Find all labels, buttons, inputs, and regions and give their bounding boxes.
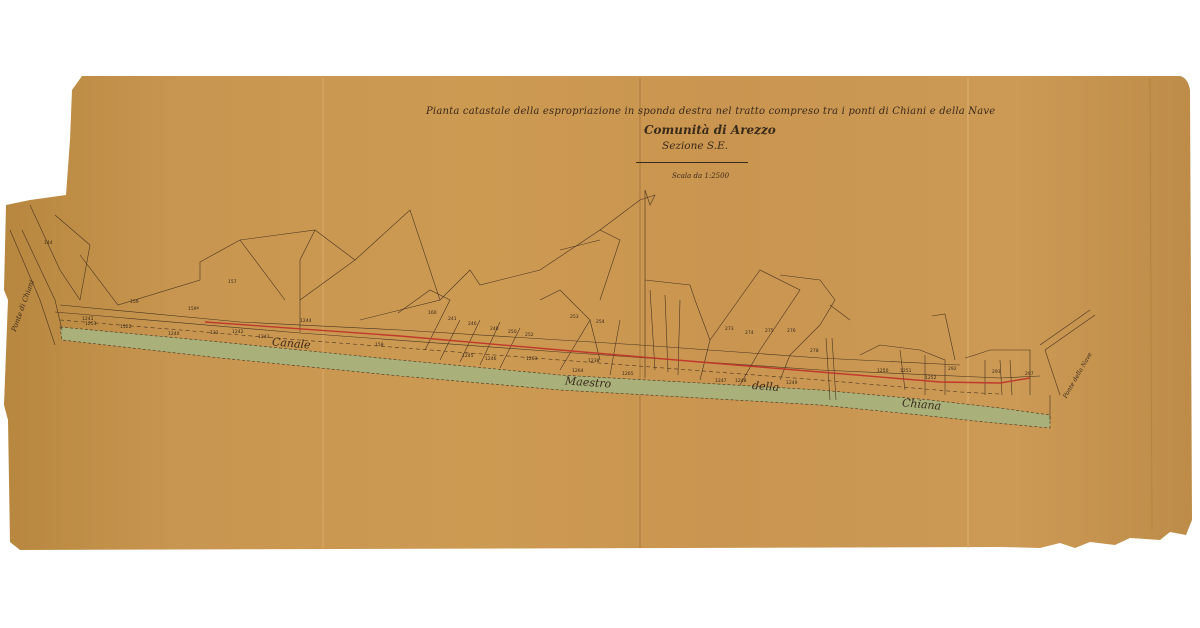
svg-text:248: 248	[490, 326, 499, 332]
svg-text:273: 273	[725, 326, 734, 332]
svg-text:1250: 1250	[877, 368, 889, 374]
svg-text:1245: 1245	[462, 353, 474, 359]
svg-text:1244: 1244	[300, 318, 312, 324]
svg-text:275: 275	[765, 328, 774, 334]
svg-text:297: 297	[1025, 371, 1034, 377]
svg-text:274: 274	[745, 330, 754, 336]
svg-text:252: 252	[525, 332, 534, 338]
svg-text:159: 159	[130, 299, 139, 305]
cadastral-map-sheet: 144159159ª 15712411253 15221240131 12421…	[0, 0, 1200, 628]
section-label: Sezione S.E.	[662, 140, 728, 152]
svg-text:1249: 1249	[786, 380, 798, 386]
svg-text:1240: 1240	[168, 331, 180, 337]
svg-text:253: 253	[570, 314, 579, 320]
svg-text:1252: 1252	[925, 375, 937, 381]
title-rule	[636, 162, 748, 163]
paper-sheet	[4, 76, 1192, 550]
svg-text:1248: 1248	[735, 378, 747, 384]
svg-text:1265: 1265	[622, 371, 634, 377]
svg-text:1247: 1247	[715, 378, 727, 384]
svg-text:1243: 1243	[258, 334, 270, 340]
svg-text:250: 250	[508, 329, 517, 335]
municipality-label: Comunità di Arezzo	[644, 123, 776, 137]
svg-text:1522: 1522	[120, 324, 132, 330]
svg-text:292: 292	[948, 366, 957, 372]
svg-text:246: 246	[468, 321, 477, 327]
scale-label: Scala da 1:2500	[672, 172, 729, 180]
svg-text:1238: 1238	[588, 358, 600, 364]
svg-text:159ª: 159ª	[188, 306, 199, 312]
svg-text:241: 241	[448, 316, 457, 322]
svg-text:1263: 1263	[526, 356, 538, 362]
svg-text:160: 160	[428, 310, 437, 316]
svg-text:293: 293	[992, 369, 1001, 375]
svg-text:157: 157	[228, 279, 237, 285]
svg-text:254: 254	[596, 319, 605, 325]
map-drawing: 144159159ª 15712411253 15221240131 12421…	[0, 0, 1200, 628]
svg-text:276: 276	[787, 328, 796, 334]
svg-text:1251: 1251	[900, 368, 912, 374]
svg-text:158: 158	[375, 342, 384, 348]
svg-text:1246: 1246	[485, 356, 497, 362]
canal-label-3: della	[752, 379, 780, 394]
svg-text:131: 131	[210, 330, 219, 336]
svg-text:1264: 1264	[572, 368, 584, 374]
svg-text:1253: 1253	[85, 321, 97, 327]
map-title: Pianta catastale della espropriazione in…	[426, 106, 995, 117]
svg-text:278: 278	[810, 348, 819, 354]
svg-text:144: 144	[44, 240, 53, 246]
svg-text:1242: 1242	[232, 329, 244, 335]
